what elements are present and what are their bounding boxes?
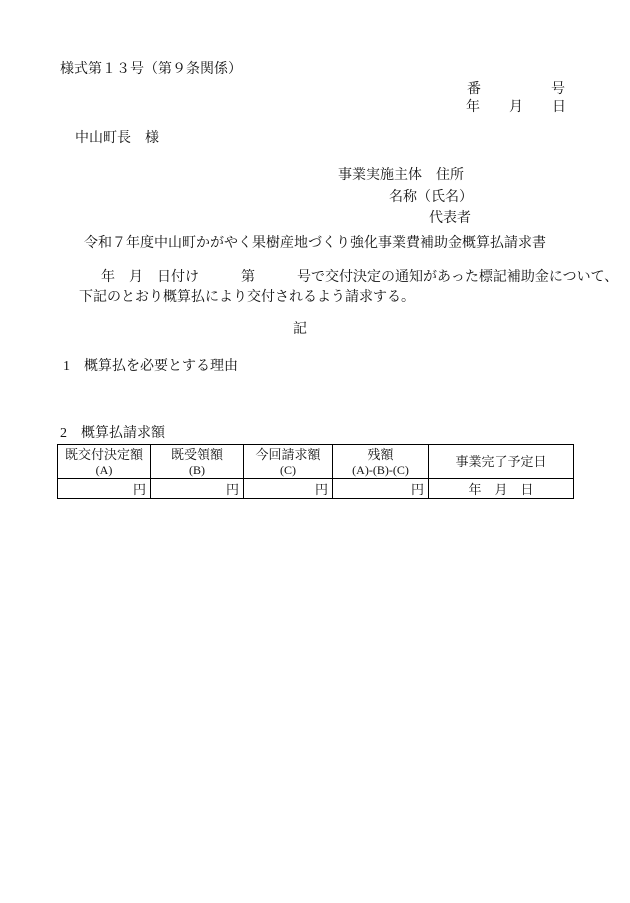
header-cell-completion-date: 事業完了予定日 xyxy=(429,445,574,479)
cell-current-request-unit: 円 xyxy=(244,479,333,499)
header-label: 今回請求額 xyxy=(244,447,332,463)
record-marker: 記 xyxy=(0,322,600,338)
day-label: 日 xyxy=(552,100,566,116)
header-sublabel: (B) xyxy=(151,463,243,477)
issuer-address-line: 事業実施主体 住所 xyxy=(338,168,464,184)
year-label: 年 xyxy=(466,100,480,116)
header-sublabel: (A)-(B)-(C) xyxy=(333,463,428,477)
issuer-name-line: 名称（氏名） xyxy=(389,190,473,206)
issuer-representative-line: 代表者 xyxy=(429,211,471,227)
cell-received-amount-unit: 円 xyxy=(151,479,244,499)
header-cell-balance: 残額 (A)-(B)-(C) xyxy=(333,445,429,479)
cell-balance-unit: 円 xyxy=(333,479,429,499)
table-data-row: 円 円 円 円 年 月 日 xyxy=(58,479,574,499)
body-paragraph-line-2: 下記のとおり概算払により交付されるよう請求する。 xyxy=(79,290,415,306)
header-label: 既交付決定額 xyxy=(58,447,150,463)
ban-label: 番 xyxy=(467,82,481,98)
header-cell-decided-amount: 既交付決定額 (A) xyxy=(58,445,151,479)
section-1-heading: 1 概算払を必要とする理由 xyxy=(63,359,238,375)
header-sublabel: (A) xyxy=(58,463,150,477)
section-2-heading: 2 概算払請求額 xyxy=(60,426,165,442)
header-sublabel: (C) xyxy=(244,463,332,477)
header-cell-received-amount: 既受領額 (B) xyxy=(151,445,244,479)
header-label: 既受領額 xyxy=(151,447,243,463)
document-page: 様式第１３号（第９条関係） 番 号 年 月 日 中山町長 様 事業実施主体 住所… xyxy=(0,0,630,903)
document-title: 令和７年度中山町かがやく果樹産地づくり強化事業費補助金概算払請求書 xyxy=(0,236,630,252)
payment-request-table: 既交付決定額 (A) 既受領額 (B) 今回請求額 (C) 残額 (A)-(B)… xyxy=(57,444,574,499)
cell-completion-date: 年 月 日 xyxy=(429,479,574,499)
doc-number-line: 番 号 xyxy=(467,82,565,98)
header-label: 事業完了予定日 xyxy=(429,454,573,470)
body-paragraph-line-1: 年 月 日付け 第 号で交付決定の通知があった標記補助金について、 xyxy=(101,270,618,286)
header-label: 残額 xyxy=(333,447,428,463)
month-label: 月 xyxy=(509,100,523,116)
form-number: 様式第１３号（第９条関係） xyxy=(60,62,242,78)
table-header-row: 既交付決定額 (A) 既受領額 (B) 今回請求額 (C) 残額 (A)-(B)… xyxy=(58,445,574,479)
cell-decided-amount-unit: 円 xyxy=(58,479,151,499)
addressee: 中山町長 様 xyxy=(75,131,159,147)
header-cell-current-request: 今回請求額 (C) xyxy=(244,445,333,479)
gou-label: 号 xyxy=(551,82,565,98)
doc-date-line: 年 月 日 xyxy=(466,100,566,116)
